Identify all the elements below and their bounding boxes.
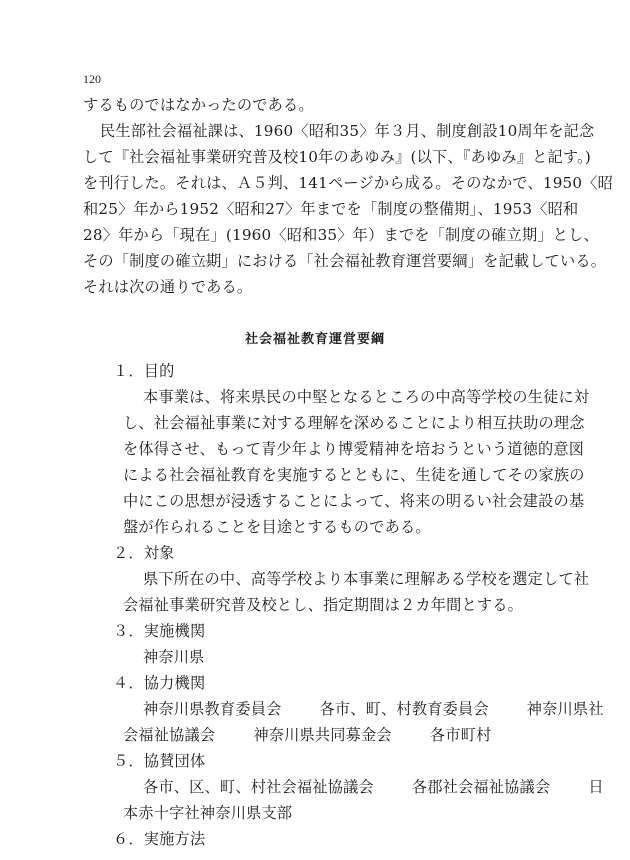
section-1-line-5: 中にこの思想が浸透することによって、将来の明るい社会建設の基 <box>123 492 584 510</box>
section-number: １． <box>113 362 144 380</box>
intro-line-8: それは次の通りである。 <box>83 278 252 296</box>
section-title: 実施機関 <box>144 622 206 640</box>
intro-line-7: その「制度の確立期」における「社会福祉教育運営要綱」を記載している。 <box>83 252 606 270</box>
section-3-heading: ３．実施機関 <box>113 622 205 640</box>
section-1-line-3: を体得させ、もって青少年より博愛精神を培おうという道徳的意図 <box>123 440 584 458</box>
organization: 神奈川県共同募金会 <box>253 726 392 744</box>
section-number: ５． <box>113 752 144 770</box>
section-number: ３． <box>113 622 144 640</box>
section-1-line-1: 本事業は、将来県民の中堅となるところの中高等学校の生徒に対 <box>143 388 589 406</box>
section-title: 目的 <box>144 362 175 380</box>
section-1-line-2: し、社会福祉事業に対する理解を深めることにより相互扶助の理念 <box>123 414 585 432</box>
section-4-line-2: 会福祉協議会神奈川県共同募金会各市町村 <box>123 726 491 744</box>
organization: 各市、町、村教育委員会 <box>320 700 489 718</box>
section-1-line-4: による社会福祉教育を実施するとともに、生徒を通してその家族の <box>123 466 585 484</box>
section-2-line-1: 県下所在の中、高等学校より本事業に理解ある学校を選定して社 <box>143 570 589 588</box>
organization: 会福祉協議会 <box>123 726 215 744</box>
organization: 各郡社会福祉協議会 <box>412 778 551 796</box>
organization: 神奈川県教育委員会 <box>143 700 282 718</box>
section-5-heading: ５．協賛団体 <box>113 752 205 770</box>
section-1-line-6: 盤が作られることを目途とするものである。 <box>123 518 431 536</box>
section-number: ６． <box>113 830 144 848</box>
section-number: ２． <box>113 544 144 562</box>
intro-line-1: するものではなかったのである。 <box>83 96 314 114</box>
intro-line-5: 和25〉年から1952〈昭和27〉年までを「制度の整備期」、1953〈昭和 <box>83 200 578 218</box>
page-number: 120 <box>83 72 101 87</box>
section-title: 実施方法 <box>144 830 206 848</box>
intro-line-3: して『社会福祉事業研究普及校10年のあゆみ』(以下、『あゆみ』と記す。) <box>83 148 591 166</box>
section-5-line-2: 本赤十字社神奈川県支部 <box>123 804 292 822</box>
section-4-heading: ４．協力機関 <box>113 674 205 692</box>
organization: 各市、区、町、村社会福祉協議会 <box>143 778 374 796</box>
organization: 各市町村 <box>430 726 492 744</box>
section-6-heading: ６．実施方法 <box>113 830 205 848</box>
footnote-marker: (7) <box>202 260 212 268</box>
section-1-heading: １．目的 <box>113 362 175 380</box>
section-title: 協力機関 <box>144 674 206 692</box>
section-3-line-1: 神奈川県 <box>143 648 205 666</box>
section-2-line-2: 会福祉事業研究普及校とし、指定期間は２カ年間とする。 <box>123 596 523 614</box>
intro-line-2: 民生部社会福祉課は、1960〈昭和35〉年３月、制度創設10周年を記念 <box>100 122 594 140</box>
section-title: 対象 <box>144 544 175 562</box>
section-2-heading: ２．対象 <box>113 544 175 562</box>
document-title: 社会福祉教育運営要綱 <box>0 328 630 347</box>
section-number: ４． <box>113 674 144 692</box>
section-5-line-1: 各市、区、町、村社会福祉協議会各郡社会福祉協議会日 <box>143 778 604 796</box>
section-title: 協賛団体 <box>144 752 206 770</box>
organization: 日 <box>588 778 603 796</box>
section-4-line-1: 神奈川県教育委員会各市、町、村教育委員会神奈川県社 <box>143 700 604 718</box>
intro-line-6: 28〉年から「現在」(1960〈昭和35〉年）までを「制度の確立期」とし、 <box>83 226 599 244</box>
organization: 神奈川県社 <box>527 700 604 718</box>
intro-line-4: を刊行した。それは、Ａ５判、141ページから成る。そのなかで、1950〈昭 <box>83 174 613 192</box>
